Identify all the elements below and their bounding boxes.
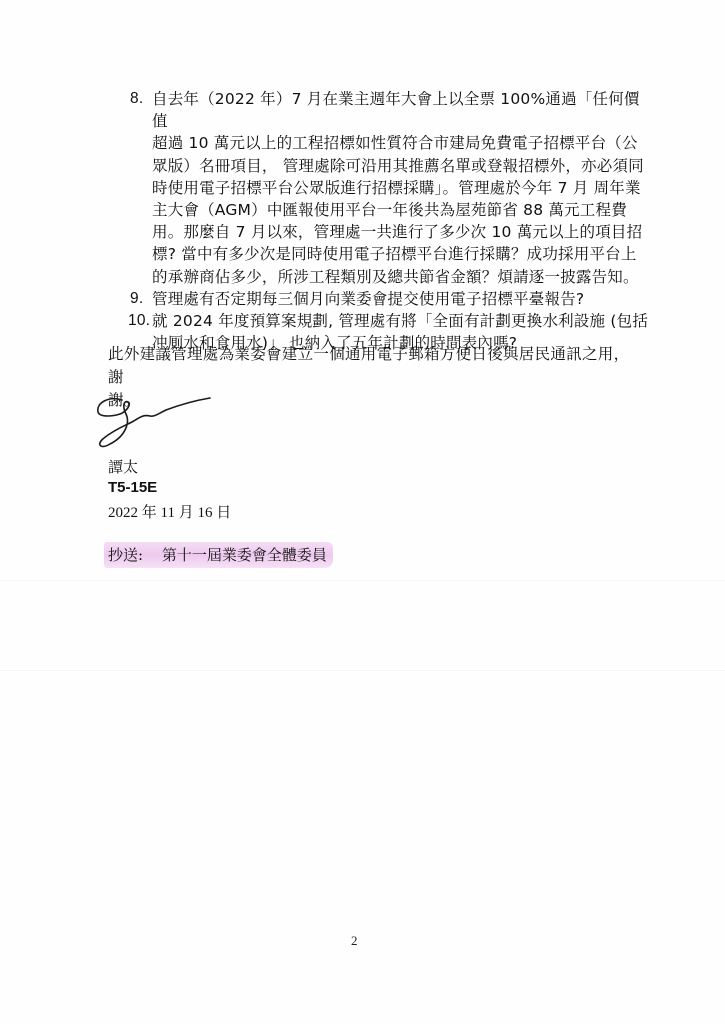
item-line: 就 2024 年度預算案規劃, 管理處有將「全面有計劃更換水利設施 (包括 <box>152 310 650 332</box>
list-item-9: 9. 管理處有否定期每三個月向業委會提交使用電子招標平臺報告? <box>130 288 650 310</box>
item-line: 主大會（AGM）中匯報使用平台一年後共為屋苑節省 88 萬元工程費 <box>152 199 650 221</box>
item-line: 的承辦商佔多少，所涉工程類別及總共節省金額？煩請逐一披露告知。 <box>152 266 650 288</box>
paragraph-line: 此外建議管理處為業委會建立一個通用電子郵箱方便日後與居民通訊之用，謝 <box>108 343 638 389</box>
list-item-8: 8. 自去年（2022 年）7 月在業主週年大會上以全票 100%通過「任何價值… <box>130 88 650 288</box>
letter-date: 2022 年 11 月 16 日 <box>108 501 231 522</box>
handwritten-signature-icon <box>92 392 222 454</box>
item-number: 10. <box>128 310 150 332</box>
question-list: 8. 自去年（2022 年）7 月在業主週年大會上以全票 100%通過「任何價值… <box>130 88 650 354</box>
item-line: 標? 當中有多少次是同時使用電子招標平台進行採購？成功採用平台上 <box>152 243 650 265</box>
item-number: 8. <box>130 88 143 110</box>
item-line: 用。那麼自 7 月以來，管理處一共進行了多少次 10 萬元以上的項目招 <box>152 221 650 243</box>
item-line: 自去年（2022 年）7 月在業主週年大會上以全票 100%通過「任何價值 <box>152 88 650 132</box>
cc-label: 抄送: <box>108 546 143 564</box>
document-page: 8. 自去年（2022 年）7 月在業主週年大會上以全票 100%通過「任何價值… <box>0 0 725 1024</box>
scan-artifact <box>0 580 725 581</box>
item-line: 管理處有否定期每三個月向業委會提交使用電子招標平臺報告? <box>152 288 650 310</box>
cc-recipients: 第十一屆業委會全體委員 <box>162 546 327 564</box>
item-line: 時使用電子招標平台公眾版進行招標採購」。管理處於今年 7 月 周年業 <box>152 177 650 199</box>
item-line: 眾版）名冊項目， 管理處除可沿用其推薦名單或登報招標外，亦必須同 <box>152 155 650 177</box>
signer-name: 譚太 <box>108 456 138 477</box>
scan-artifact <box>0 670 725 671</box>
item-line: 超過 10 萬元以上的工程招標如性質符合市建局免費電子招標平台（公 <box>152 132 650 154</box>
cc-line: 抄送: 第十一屆業委會全體委員 <box>104 542 333 568</box>
page-number: 2 <box>351 933 358 949</box>
signer-unit: T5-15E <box>108 479 157 496</box>
item-number: 9. <box>130 288 143 310</box>
